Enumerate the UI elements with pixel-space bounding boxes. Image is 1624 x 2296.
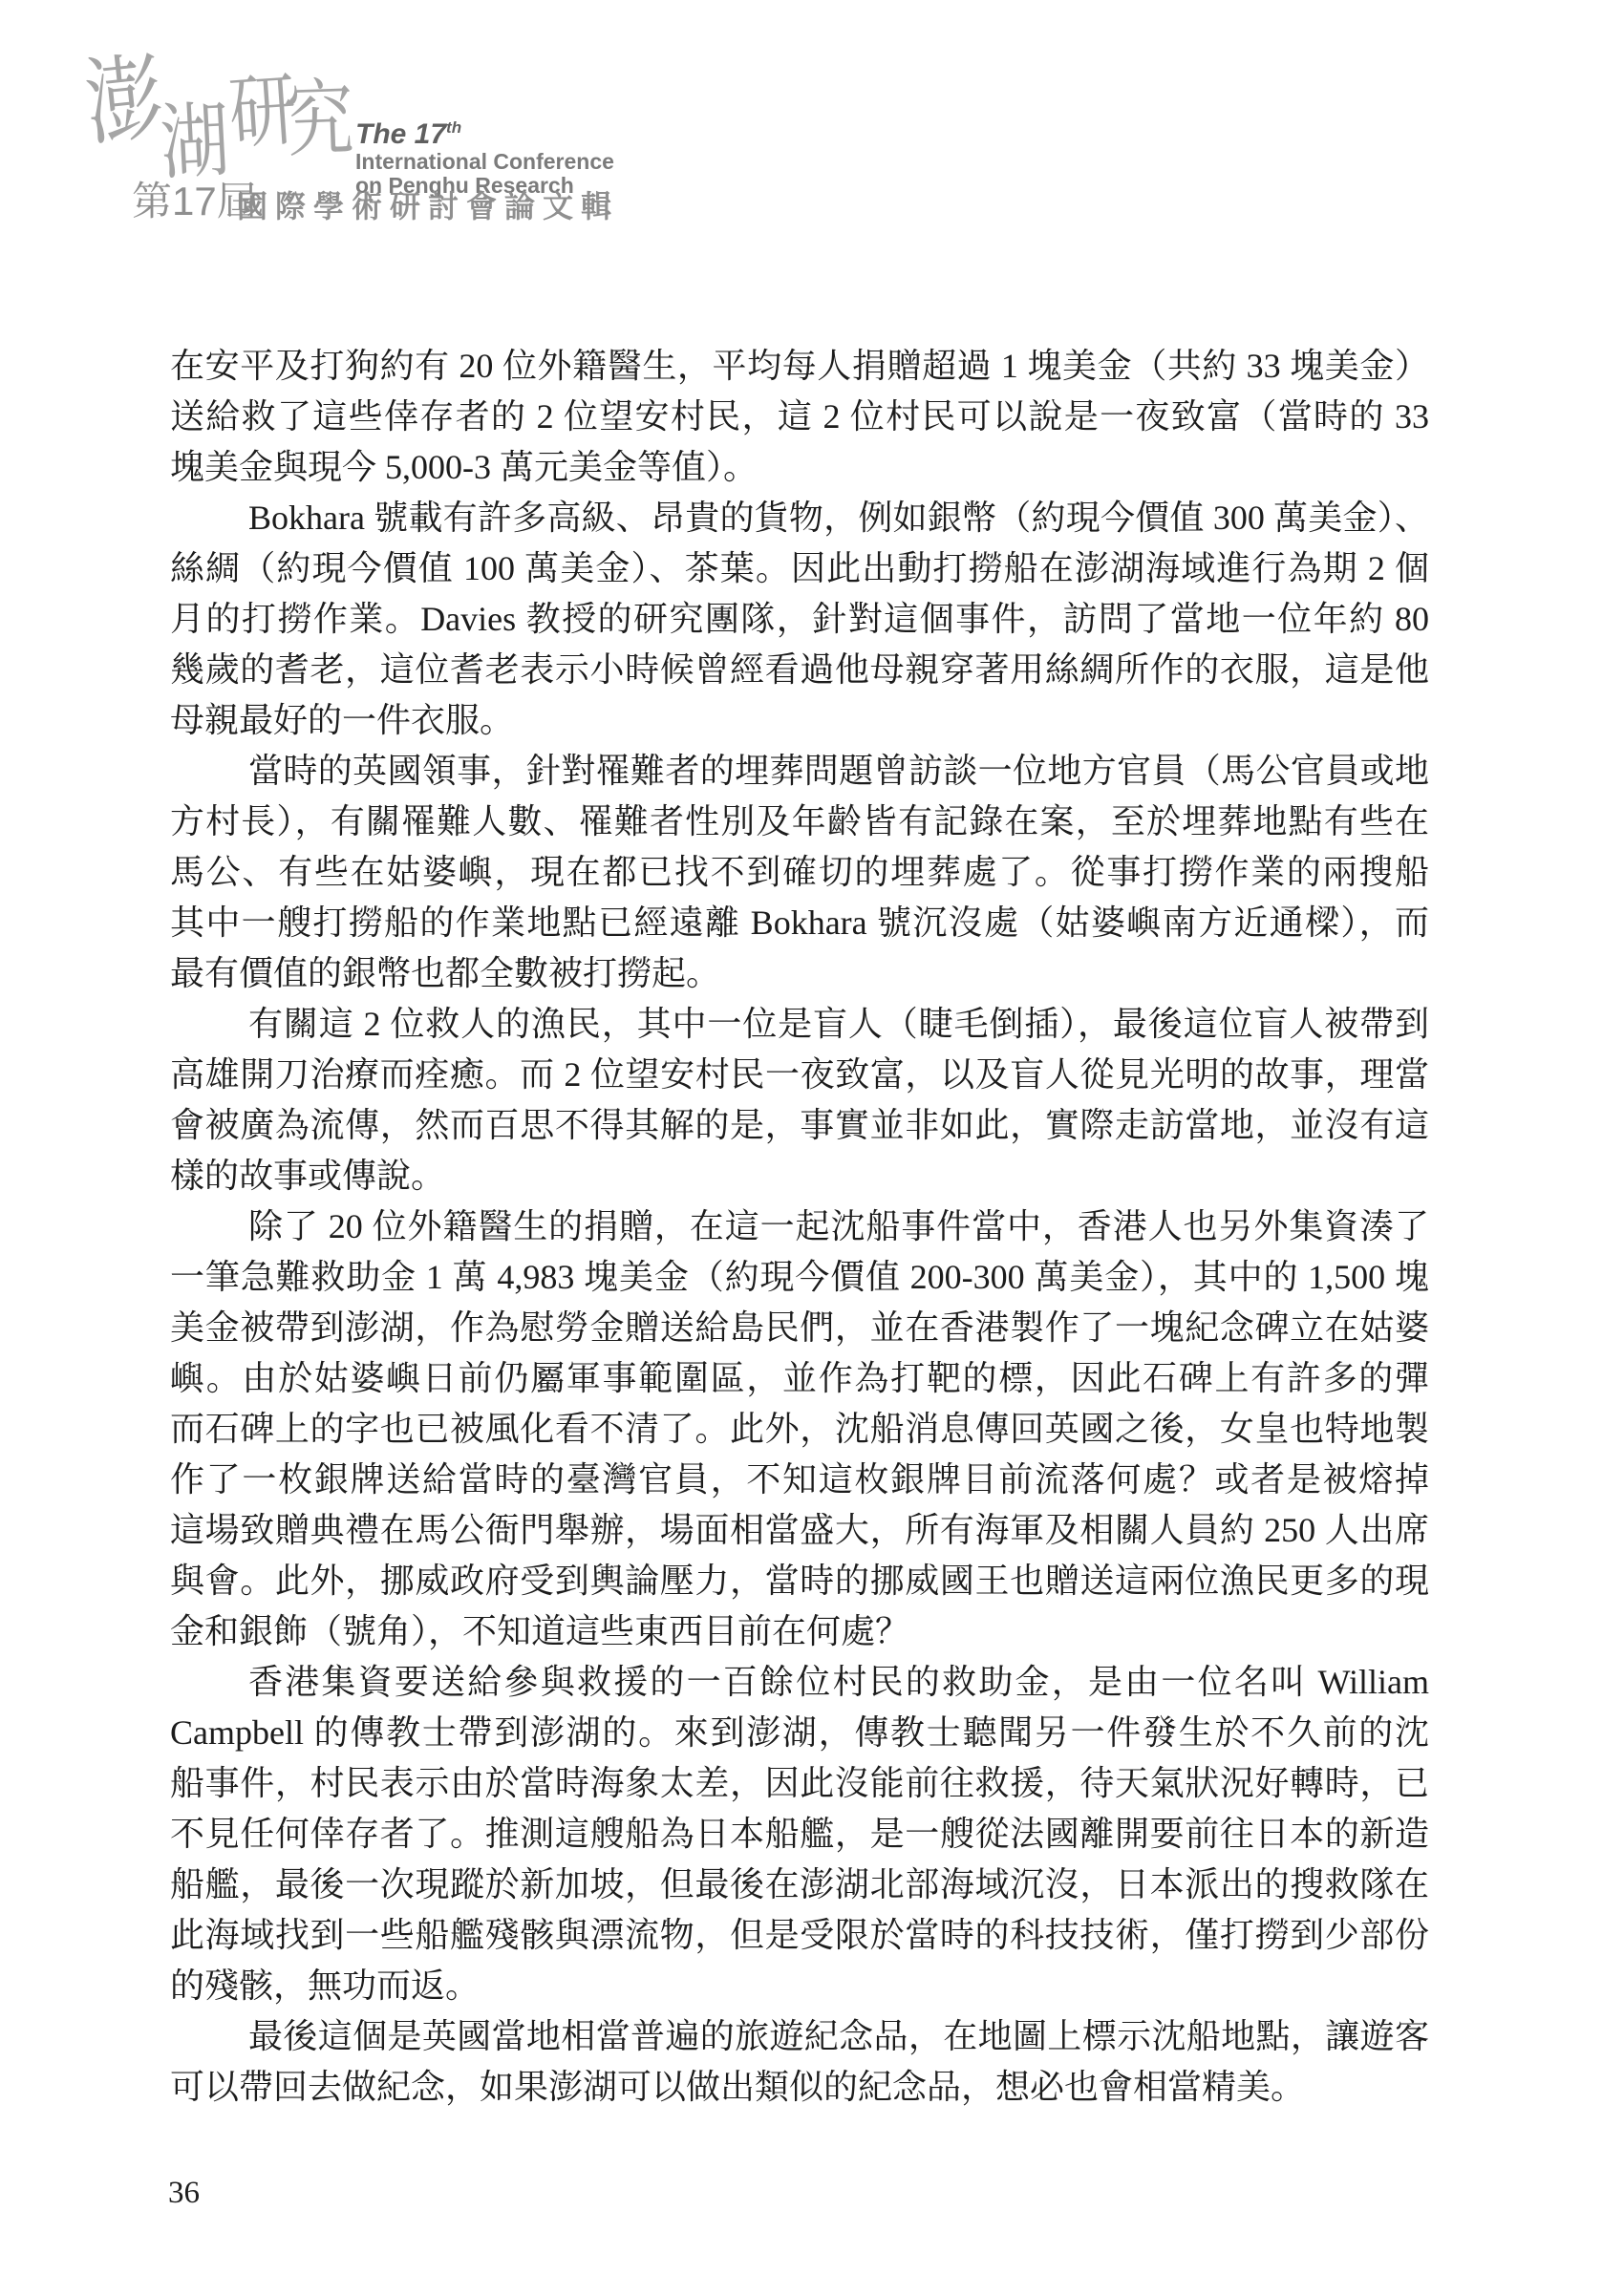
article-text: 在安平及打狗約有 20 位外籍醫生，平均每人捐贈超過 1 塊美金（共約 33 塊…	[170, 341, 1429, 2113]
text-line: 不見任何倖存者了。推測這艘船為日本船艦，是一艘從法國離開要前往日本的新造	[170, 1809, 1429, 1860]
paragraph: Bokhara 號載有許多高級、昂貴的貨物，例如銀幣（約現今價值 300 萬美金…	[170, 493, 1429, 746]
text-line: Campbell 的傳教士帶到澎湖的。來到澎湖，傳教士聽聞另一件發生於不久前的沈	[170, 1708, 1429, 1758]
text-line: 嶼。由於姑婆嶼日前仍屬軍事範圍區，並作為打靶的標，因此石碑上有許多的彈痕，	[170, 1353, 1429, 1404]
text-line: 送給救了這些倖存者的 2 位望安村民，這 2 位村民可以說是一夜致富（當時的 3…	[170, 392, 1429, 442]
logo-calligraphy-char: 湖	[159, 98, 231, 184]
text-line: 金和銀飾（號角），不知道這些東西目前在何處？	[170, 1606, 1429, 1657]
text-line: 幾歲的耆老，這位耆老表示小時候曾經看過他母親穿著用絲綢所作的衣服，這是他	[170, 645, 1429, 695]
text-line: 船艦，最後一次現蹤於新加坡，但最後在澎湖北部海域沉沒，日本派出的搜救隊在	[170, 1860, 1429, 1910]
text-line: 而石碑上的字也已被風化看不清了。此外，沈船消息傳回英國之後，女皇也特地製	[170, 1404, 1429, 1455]
text-line: 的殘骸，無功而返。	[170, 1961, 1429, 2011]
text-line: 馬公、有些在姑婆嶼，現在都已找不到確切的埋葬處了。從事打撈作業的兩搜船中，	[170, 847, 1429, 898]
ordinal-suffix: th	[446, 118, 461, 137]
document-page: 澎 湖 研 究 The 17th International Conferenc…	[0, 0, 1624, 2296]
text-line: 會被廣為流傳，然而百思不得其解的是，事實並非如此，實際走訪當地，並沒有這	[170, 1100, 1429, 1151]
text-line: 絲綢（約現今價值 100 萬美金）、茶葉。因此出動打撈船在澎湖海域進行為期 2 …	[170, 543, 1429, 594]
text-line: 月的打撈作業。Davies 教授的研究團隊，針對這個事件，訪問了當地一位年約 8…	[170, 594, 1429, 645]
paragraph: 有關這 2 位救人的漁民，其中一位是盲人（睫毛倒插），最後這位盲人被帶到高雄開刀…	[170, 999, 1429, 1201]
text-line: 船事件，村民表示由於當時海象太差，因此沒能前往救援，待天氣狀況好轉時，已	[170, 1758, 1429, 1809]
text-line: Bokhara 號載有許多高級、昂貴的貨物，例如銀幣（約現今價值 300 萬美金…	[170, 493, 1429, 543]
text-line: 除了 20 位外籍醫生的捐贈，在這一起沈船事件當中，香港人也另外集資湊了	[170, 1201, 1429, 1252]
conference-edition-block: The 17th International Conference on Pen…	[355, 113, 614, 198]
text-line: 樣的故事或傳說。	[170, 1151, 1429, 1201]
conference-edition-number: The 17th	[355, 113, 614, 150]
text-line: 此海域找到一些船艦殘骸與漂流物，但是受限於當時的科技技術，僅打撈到少部份	[170, 1910, 1429, 1961]
proceedings-title: 國際學術研討會論文輯	[237, 191, 619, 222]
text-line: 這場致贈典禮在馬公衙門舉辦，場面相當盛大，所有海軍及相關人員約 250 人出席	[170, 1505, 1429, 1556]
paragraph: 最後這個是英國當地相當普遍的旅遊紀念品，在地圖上標示沈船地點，讓遊客可以帶回去做…	[170, 2011, 1429, 2113]
paragraph: 除了 20 位外籍醫生的捐贈，在這一起沈船事件當中，香港人也另外集資湊了一筆急難…	[170, 1201, 1429, 1657]
paragraph: 當時的英國領事，針對罹難者的埋葬問題曾訪談一位地方官員（馬公官員或地方村長），有…	[170, 746, 1429, 999]
text-line: 母親最好的一件衣服。	[170, 695, 1429, 746]
logo-calligraphy-char: 究	[285, 76, 354, 162]
text-line: 香港集資要送給參與救援的一百餘位村民的救助金，是由一位名叫 William	[170, 1657, 1429, 1708]
conference-name-line: International Conference	[355, 150, 614, 174]
text-line: 塊美金與現今 5,000-3 萬元美金等值）。	[170, 442, 1429, 493]
text-line: 有關這 2 位救人的漁民，其中一位是盲人（睫毛倒插），最後這位盲人被帶到	[170, 999, 1429, 1050]
text-line: 當時的英國領事，針對罹難者的埋葬問題曾訪談一位地方官員（馬公官員或地	[170, 746, 1429, 797]
text-line: 最有價值的銀幣也都全數被打撈起。	[170, 948, 1429, 999]
text-line: 一筆急難救助金 1 萬 4,983 塊美金（約現今價值 200-300 萬美金）…	[170, 1252, 1429, 1303]
text-line: 在安平及打狗約有 20 位外籍醫生，平均每人捐贈超過 1 塊美金（共約 33 塊…	[170, 341, 1429, 392]
paragraph: 香港集資要送給參與救援的一百餘位村民的救助金，是由一位名叫 WilliamCam…	[170, 1657, 1429, 2011]
text-line: 可以帶回去做紀念，如果澎湖可以做出類似的紀念品，想必也會相當精美。	[170, 2062, 1429, 2113]
logo-calligraphy-char: 澎	[81, 50, 167, 153]
text-line: 作了一枚銀牌送給當時的臺灣官員，不知這枚銀牌目前流落何處？或者是被熔掉了？	[170, 1455, 1429, 1505]
text-line: 方村長），有關罹難人數、罹難者性別及年齡皆有記錄在案，至於埋葬地點有些在	[170, 797, 1429, 847]
text-line: 與會。此外，挪威政府受到輿論壓力，當時的挪威國王也贈送這兩位漁民更多的現	[170, 1556, 1429, 1606]
page-number: 36	[168, 2176, 200, 2211]
paragraph: 在安平及打狗約有 20 位外籍醫生，平均每人捐贈超過 1 塊美金（共約 33 塊…	[170, 341, 1429, 493]
text-line: 其中一艘打撈船的作業地點已經遠離 Bokhara 號沉沒處（姑婆嶼南方近通樑），…	[170, 898, 1429, 948]
text-line: 美金被帶到澎湖，作為慰勞金贈送給島民們，並在香港製作了一塊紀念碑立在姑婆	[170, 1303, 1429, 1353]
text-line: 最後這個是英國當地相當普遍的旅遊紀念品，在地圖上標示沈船地點，讓遊客	[170, 2011, 1429, 2062]
text-line: 高雄開刀治療而痊癒。而 2 位望安村民一夜致富，以及盲人從見光明的故事，理當	[170, 1050, 1429, 1100]
